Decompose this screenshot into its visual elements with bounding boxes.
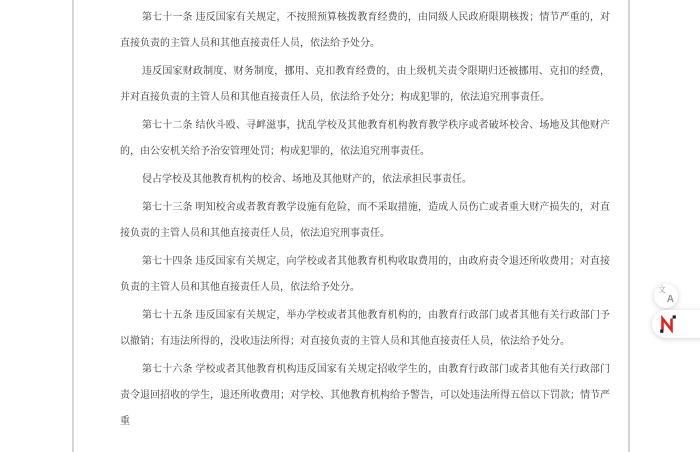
law-paragraph-article-75: 第七十五条 违反国家有关规定，举办学校或者其他教育机构的，由教育行政部门或者其他… xyxy=(120,303,610,355)
content-right-border xyxy=(628,0,630,452)
law-article-text: 第七十一条 违反国家有关规定，不按照预算核拨教育经费的，由同级人民政府限期核拨；… xyxy=(120,5,610,437)
document-page: 第七十一条 违反国家有关规定，不按照预算核拨教育经费的，由同级人民政府限期核拨；… xyxy=(0,0,700,452)
law-paragraph-article-72-clause-2: 侵占学校及其他教育机构的校舍、场地及其他财产的，依法承担民事责任。 xyxy=(120,167,610,193)
law-paragraph-article-74: 第七十四条 违反国家有关规定，向学校或者其他教育机构收取费用的，由政府责令退还所… xyxy=(120,249,610,301)
translate-icon-zh-glyph: 文 xyxy=(658,286,666,294)
translate-icon-latin-glyph: A xyxy=(667,295,674,305)
law-paragraph-article-73: 第七十三条 明知校舍或者教育教学设施有危险，而不采取措施，造成人员伤亡或者重大财… xyxy=(120,195,610,247)
extension-float-button[interactable] xyxy=(652,310,700,338)
law-paragraph-article-71: 第七十一条 违反国家有关规定，不按照预算核拨教育经费的，由同级人民政府限期核拨；… xyxy=(120,5,610,57)
red-n-icon xyxy=(659,315,677,333)
content-left-border xyxy=(72,0,74,452)
law-paragraph-article-76: 第七十六条 学校或者其他教育机构违反国家有关规定招收学生的，由教育行政部门或者其… xyxy=(120,357,610,435)
law-paragraph-article-72: 第七十二条 结伙斗殴、寻衅滋事，扰乱学校及其他教育机构教育教学秩序或者破坏校舍、… xyxy=(120,113,610,165)
law-paragraph-article-71-clause-2: 违反国家财政制度、财务制度，挪用、克扣教育经费的，由上级机关责令限期归还被挪用、… xyxy=(120,59,610,111)
translate-icon: 文 A xyxy=(654,284,678,308)
translate-float-button[interactable]: 文 A xyxy=(654,284,678,308)
